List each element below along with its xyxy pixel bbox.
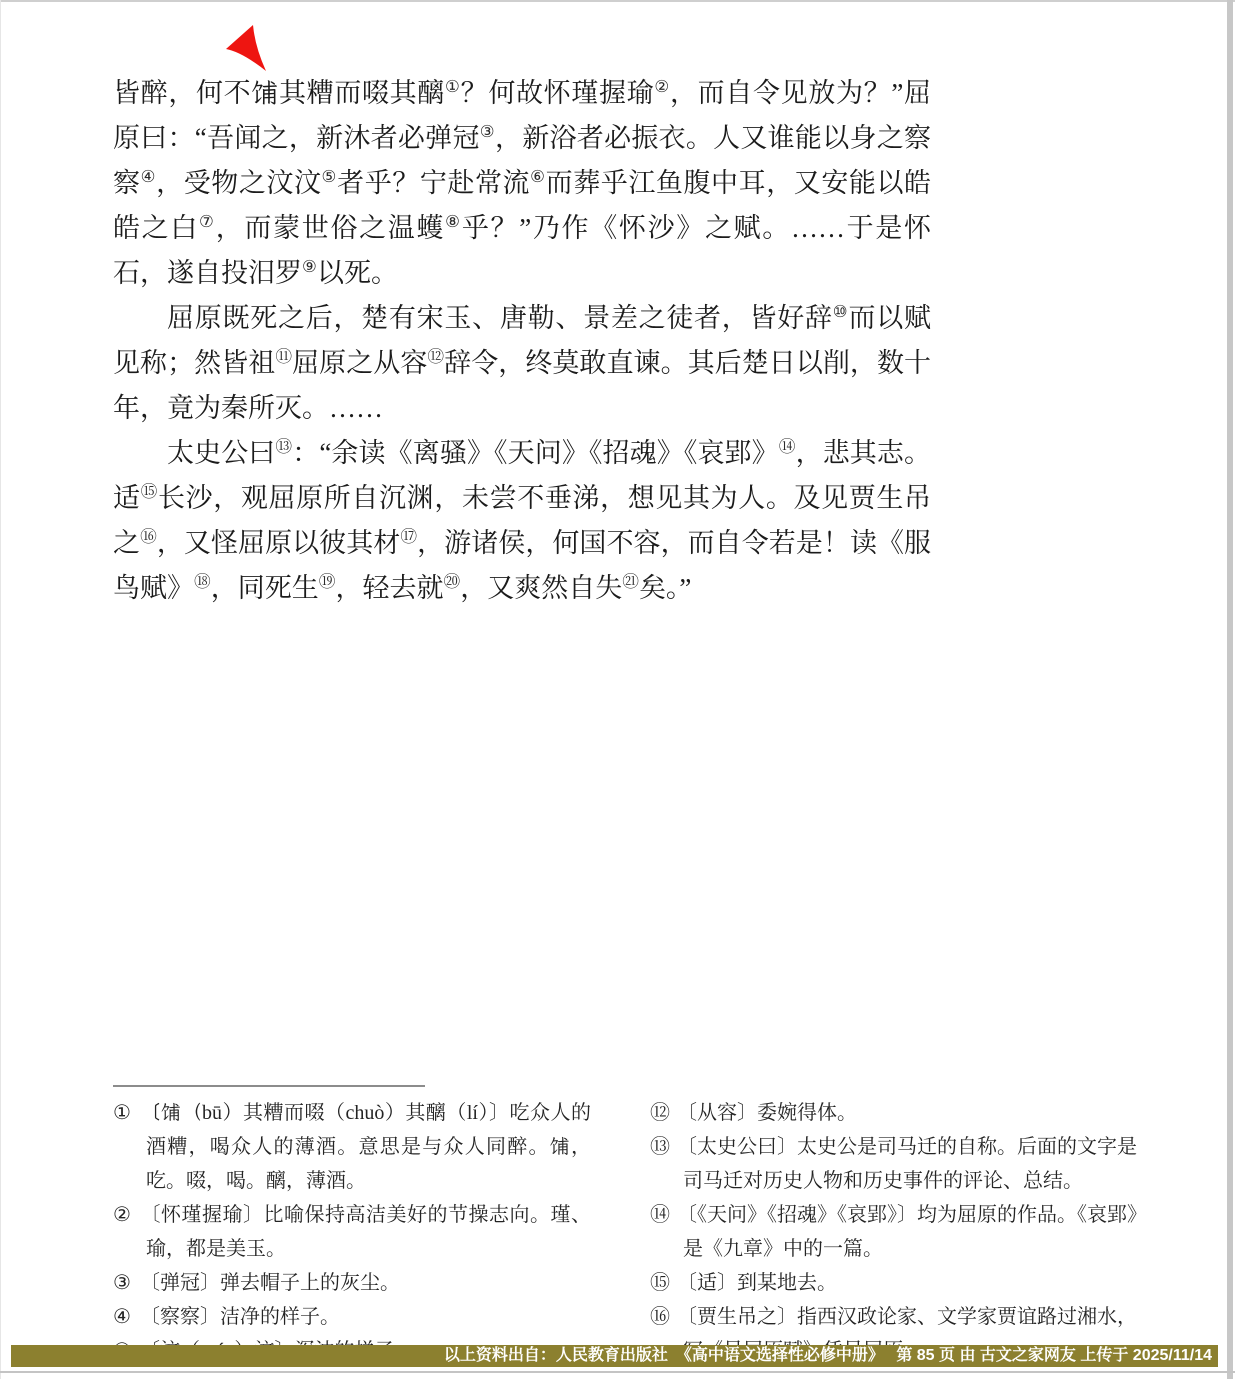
footnote-text: 〔太史公曰〕太史公是司马迁的自称。后面的文字是司马迁对历史人物和历史事件的评论、… [677, 1136, 1137, 1192]
footnote-number: ④ [113, 1300, 140, 1334]
footnote-ref: ⑨ [302, 257, 317, 276]
footnote-text: 〔弹冠〕弹去帽子上的灰尘。 [140, 1272, 400, 1294]
footnote-ref: ② [654, 77, 670, 96]
footnote-item: ③〔弹冠〕弹去帽子上的灰尘。 [113, 1266, 591, 1300]
footnote-item: ⑫〔从容〕委婉得体。 [650, 1096, 1137, 1130]
paragraph: 屈原既死之后，楚有宋玉、唐勒、景差之徒者，皆好辞⑩而以赋见称；然皆祖⑪屈原之从容… [113, 296, 931, 431]
footnote-number: ⑮ [650, 1266, 677, 1300]
footnote-ref: ⑥ [530, 167, 546, 186]
footnote-ref: ⑯ [140, 527, 157, 546]
footnote-ref: ⑦ [199, 212, 216, 231]
footnote-ref: ④ [141, 167, 157, 186]
footnote-divider [113, 1085, 425, 1087]
footnote-number: ⑫ [650, 1096, 677, 1130]
footer-bar-text: 以上资料出自：人民教育出版社 《高中语文选择性必修中册》 第 85 页 由 古文… [444, 1347, 1212, 1364]
footnote-number: ⑬ [650, 1130, 677, 1164]
footnote-text: 〔察察〕洁净的样子。 [140, 1306, 340, 1328]
page-root: 皆醉，何不𫗦其糟而啜其醨①？何故怀瑾握瑜②，而自令见放为？”屈原曰：“吾闻之，新… [0, 0, 1235, 1379]
footnote-ref: ⑧ [445, 212, 462, 231]
footnote-ref: ③ [480, 122, 495, 141]
footnote-text: 〔怀瑾握瑜〕比喻保持高洁美好的节操志向。瑾、瑜，都是美玉。 [140, 1204, 591, 1260]
footnote-item: ⑭〔《天问》《招魂》《哀郢》〕均为屈原的作品。《哀郢》是《九章》中的一篇。 [650, 1198, 1137, 1266]
footnote-text: 〔《天问》《招魂》《哀郢》〕均为屈原的作品。《哀郢》是《九章》中的一篇。 [677, 1204, 1137, 1260]
footnote-ref: ⑭ [779, 437, 796, 456]
footer-attribution-bar: 以上资料出自：人民教育出版社 《高中语文选择性必修中册》 第 85 页 由 古文… [11, 1345, 1218, 1367]
footnote-item: ⑬〔太史公曰〕太史公是司马迁的自称。后面的文字是司马迁对历史人物和历史事件的评论… [650, 1130, 1137, 1198]
footnote-number: ② [113, 1198, 140, 1232]
footnote-ref: ① [445, 77, 461, 96]
footnote-text: 〔𫗦（bū）其糟而啜（chuò）其醨（lí）〕吃众人的酒糟，喝众人的薄酒。意思是… [140, 1102, 591, 1192]
footnote-ref: ⑮ [141, 482, 158, 501]
footnote-ref: ⑱ [194, 572, 211, 591]
footnote-text: 〔从容〕委婉得体。 [677, 1102, 857, 1124]
footnotes-left-column: ①〔𫗦（bū）其糟而啜（chuò）其醨（lí）〕吃众人的酒糟，喝众人的薄酒。意思… [113, 1096, 591, 1368]
footnotes-right-column: ⑫〔从容〕委婉得体。⑬〔太史公曰〕太史公是司马迁的自称。后面的文字是司马迁对历史… [650, 1096, 1137, 1368]
footnote-number: ① [113, 1096, 140, 1130]
page-edge-left [0, 0, 1, 1379]
footnote-text: 〔适〕到某地去。 [677, 1272, 837, 1294]
footnote-item: ②〔怀瑾握瑜〕比喻保持高洁美好的节操志向。瑾、瑜，都是美玉。 [113, 1198, 591, 1266]
footnote-ref: ⑬ [275, 437, 292, 456]
footnote-number: ③ [113, 1266, 140, 1300]
footnote-item: ⑮〔适〕到某地去。 [650, 1266, 1137, 1300]
footnote-ref: ⑲ [319, 572, 336, 591]
footnote-ref: ⑤ [322, 167, 338, 186]
footnote-ref: ⑫ [427, 347, 444, 366]
page-edge-top [0, 0, 1235, 2]
footnote-item: ①〔𫗦（bū）其糟而啜（chuò）其醨（lí）〕吃众人的酒糟，喝众人的薄酒。意思… [113, 1096, 591, 1198]
main-text: 皆醉，何不𫗦其糟而啜其醨①？何故怀瑾握瑜②，而自令见放为？”屈原曰：“吾闻之，新… [113, 71, 931, 611]
paragraph: 太史公曰⑬：“余读《离骚》《天问》《招魂》《哀郢》⑭，悲其志。适⑮长沙，观屈原所… [113, 431, 931, 611]
footnote-number: ⑭ [650, 1198, 677, 1232]
red-arrow-marker-icon [219, 19, 271, 74]
footnote-ref: ⑪ [275, 347, 292, 366]
footnote-ref: ⑰ [400, 527, 417, 546]
footnote-ref: ㉑ [622, 572, 639, 591]
footnote-number: ⑯ [650, 1300, 677, 1334]
footnote-item: ④〔察察〕洁净的样子。 [113, 1300, 591, 1334]
footnote-ref: ⑩ [833, 302, 849, 321]
paragraph: 皆醉，何不𫗦其糟而啜其醨①？何故怀瑾握瑜②，而自令见放为？”屈原曰：“吾闻之，新… [113, 71, 931, 296]
red-arrow-shape [226, 25, 266, 71]
footnote-ref: ⑳ [443, 572, 460, 591]
page-edge-right [1227, 0, 1233, 1379]
page-edge-bottom [0, 1371, 1235, 1373]
